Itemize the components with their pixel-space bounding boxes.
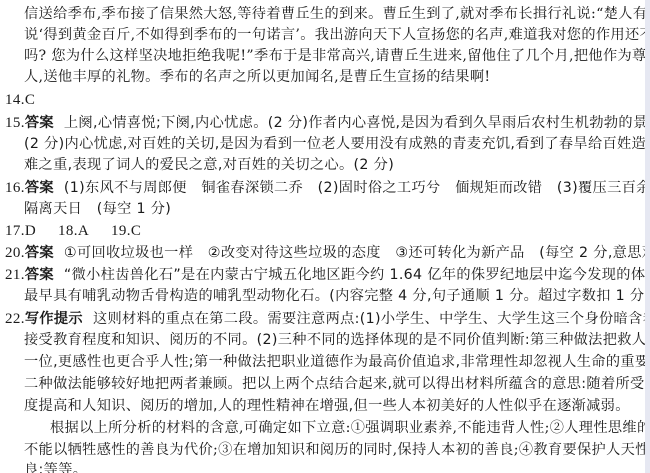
question-number: 18. (58, 223, 78, 239)
intro-line-4: 人,送他丰厚的礼物。季布的名声之所以更加闻名,是曹丘生宣扬的结果啊! (24, 67, 490, 87)
question-22-line-6: 根据以上所分析的材料的含意,可确定如下立意:①强调职业素养,不能违背人性;②人理… (50, 418, 650, 438)
question-number: 16. (5, 180, 25, 196)
questions-17-19: 17.D18.A19.C (5, 221, 141, 241)
answer-line: ①可回收垃圾也一样 ②改变对待这些垃圾的态度 ③还可转化为新产品 (每空 2 分… (64, 245, 650, 261)
question-number: 22. (5, 311, 25, 327)
question-22-line-7: 不能以牺牲感性的善良为代价;③在增加知识和阅历的同时,保持人本初的善良;④教育要… (24, 440, 650, 460)
question-22-line-4: 二种做法能够较好地把两者兼顾。把以上两个点结合起来,就可以得出材料所蕴含的意思:… (24, 374, 650, 394)
question-15-line-2: (2 分)内心忧虑,对百姓的关切,是因为看到一位老人要用没有成熟的青麦充饥,看到… (24, 134, 650, 154)
answer-value: C (25, 92, 35, 108)
question-22-line-2: 接受教育程度和知识、阅历的不同。(2)三种不同的选择体现的是不同价值判断:第三种… (24, 330, 650, 350)
question-22-line-8: 良;等等。 (24, 460, 87, 473)
answer-line: “微小柱齿兽化石”是在内蒙古宁城五化地区距今约 1.64 亿年的侏罗纪地层中迄今… (64, 267, 650, 283)
question-22-line-5: 度提高和人知识、阅历的增加,人的理性精神在增强,但一些人本初美好的人性似乎在逐渐… (24, 396, 630, 416)
question-16-line-2: 隔离天日 (每空 1 分) (24, 199, 171, 219)
answer-line: 上阕,心情喜悦;下阕,内心忧虑。(2 分)作者内心喜悦,是因为看到久旱雨后农村生… (64, 115, 650, 131)
question-20: 20.答案①可回收垃圾也一样 ②改变对待这些垃圾的态度 ③还可转化为新产品 (每… (5, 243, 650, 263)
answer-value: C (131, 223, 141, 239)
answer-line: (1)东风不与周郎便 铜雀春深锁二乔 (2)固时俗之工巧兮 偭规矩而改错 (3)… (64, 180, 650, 196)
answer-value: D (25, 223, 36, 239)
question-15: 15.答案上阕,心情喜悦;下阕,内心忧虑。(2 分)作者内心喜悦,是因为看到久旱… (5, 113, 650, 133)
intro-line-2: 说‘得到黄金百斤,不如得到季布的一句诺言’。我出游向天下人宣扬您的名声,难道我对… (24, 25, 650, 45)
answer-label: 答案 (25, 180, 54, 196)
intro-line-3: 吗? 您为什么这样坚决地拒绝我呢!”季布于是非常高兴,请曹丘生进来,留他住了几个… (24, 46, 650, 66)
question-22: 22.写作提示这则材料的重点在第二段。需要注意两点:(1)小学生、中学生、大学生… (5, 309, 650, 329)
question-16: 16.答案(1)东风不与周郎便 铜雀春深锁二乔 (2)固时俗之工巧兮 偭规矩而改… (5, 178, 650, 198)
question-15-line-3: 难之重,表现了词人的爱民之意,对百姓的关切之心。(2 分) (24, 155, 394, 175)
answer-label: 写作提示 (25, 311, 83, 327)
answer-label: 答案 (25, 245, 54, 261)
question-14: 14.C (5, 90, 35, 110)
question-22-line-3: 一位,更感性也更合乎人性;第一种做法把职业道德作为最高价值追求,非常理性却忽视人… (24, 352, 650, 372)
answer-label: 答案 (25, 267, 54, 283)
question-number: 15. (5, 115, 25, 131)
question-21-line-2: 最早具有哺乳动物舌骨构造的哺乳型动物化石。(内容完整 4 分,句子通顺 1 分。… (24, 286, 650, 306)
page-edge-divider (645, 0, 650, 473)
question-number: 14. (5, 92, 25, 108)
answer-line: 这则材料的重点在第二段。需要注意两点:(1)小学生、中学生、大学生这三个身份暗含… (93, 311, 650, 327)
answer-value: A (78, 223, 89, 239)
question-number: 20. (5, 245, 25, 261)
answer-label: 答案 (25, 115, 54, 131)
question-number: 19. (111, 223, 131, 239)
question-number: 21. (5, 267, 25, 283)
question-21: 21.答案“微小柱齿兽化石”是在内蒙古宁城五化地区距今约 1.64 亿年的侏罗纪… (5, 265, 650, 285)
question-number: 17. (5, 223, 25, 239)
intro-line-1: 信送给季布,季布接了信果然大怒,等待着曹丘生的到来。曹丘生到了,就对季布长揖行礼… (24, 4, 650, 24)
